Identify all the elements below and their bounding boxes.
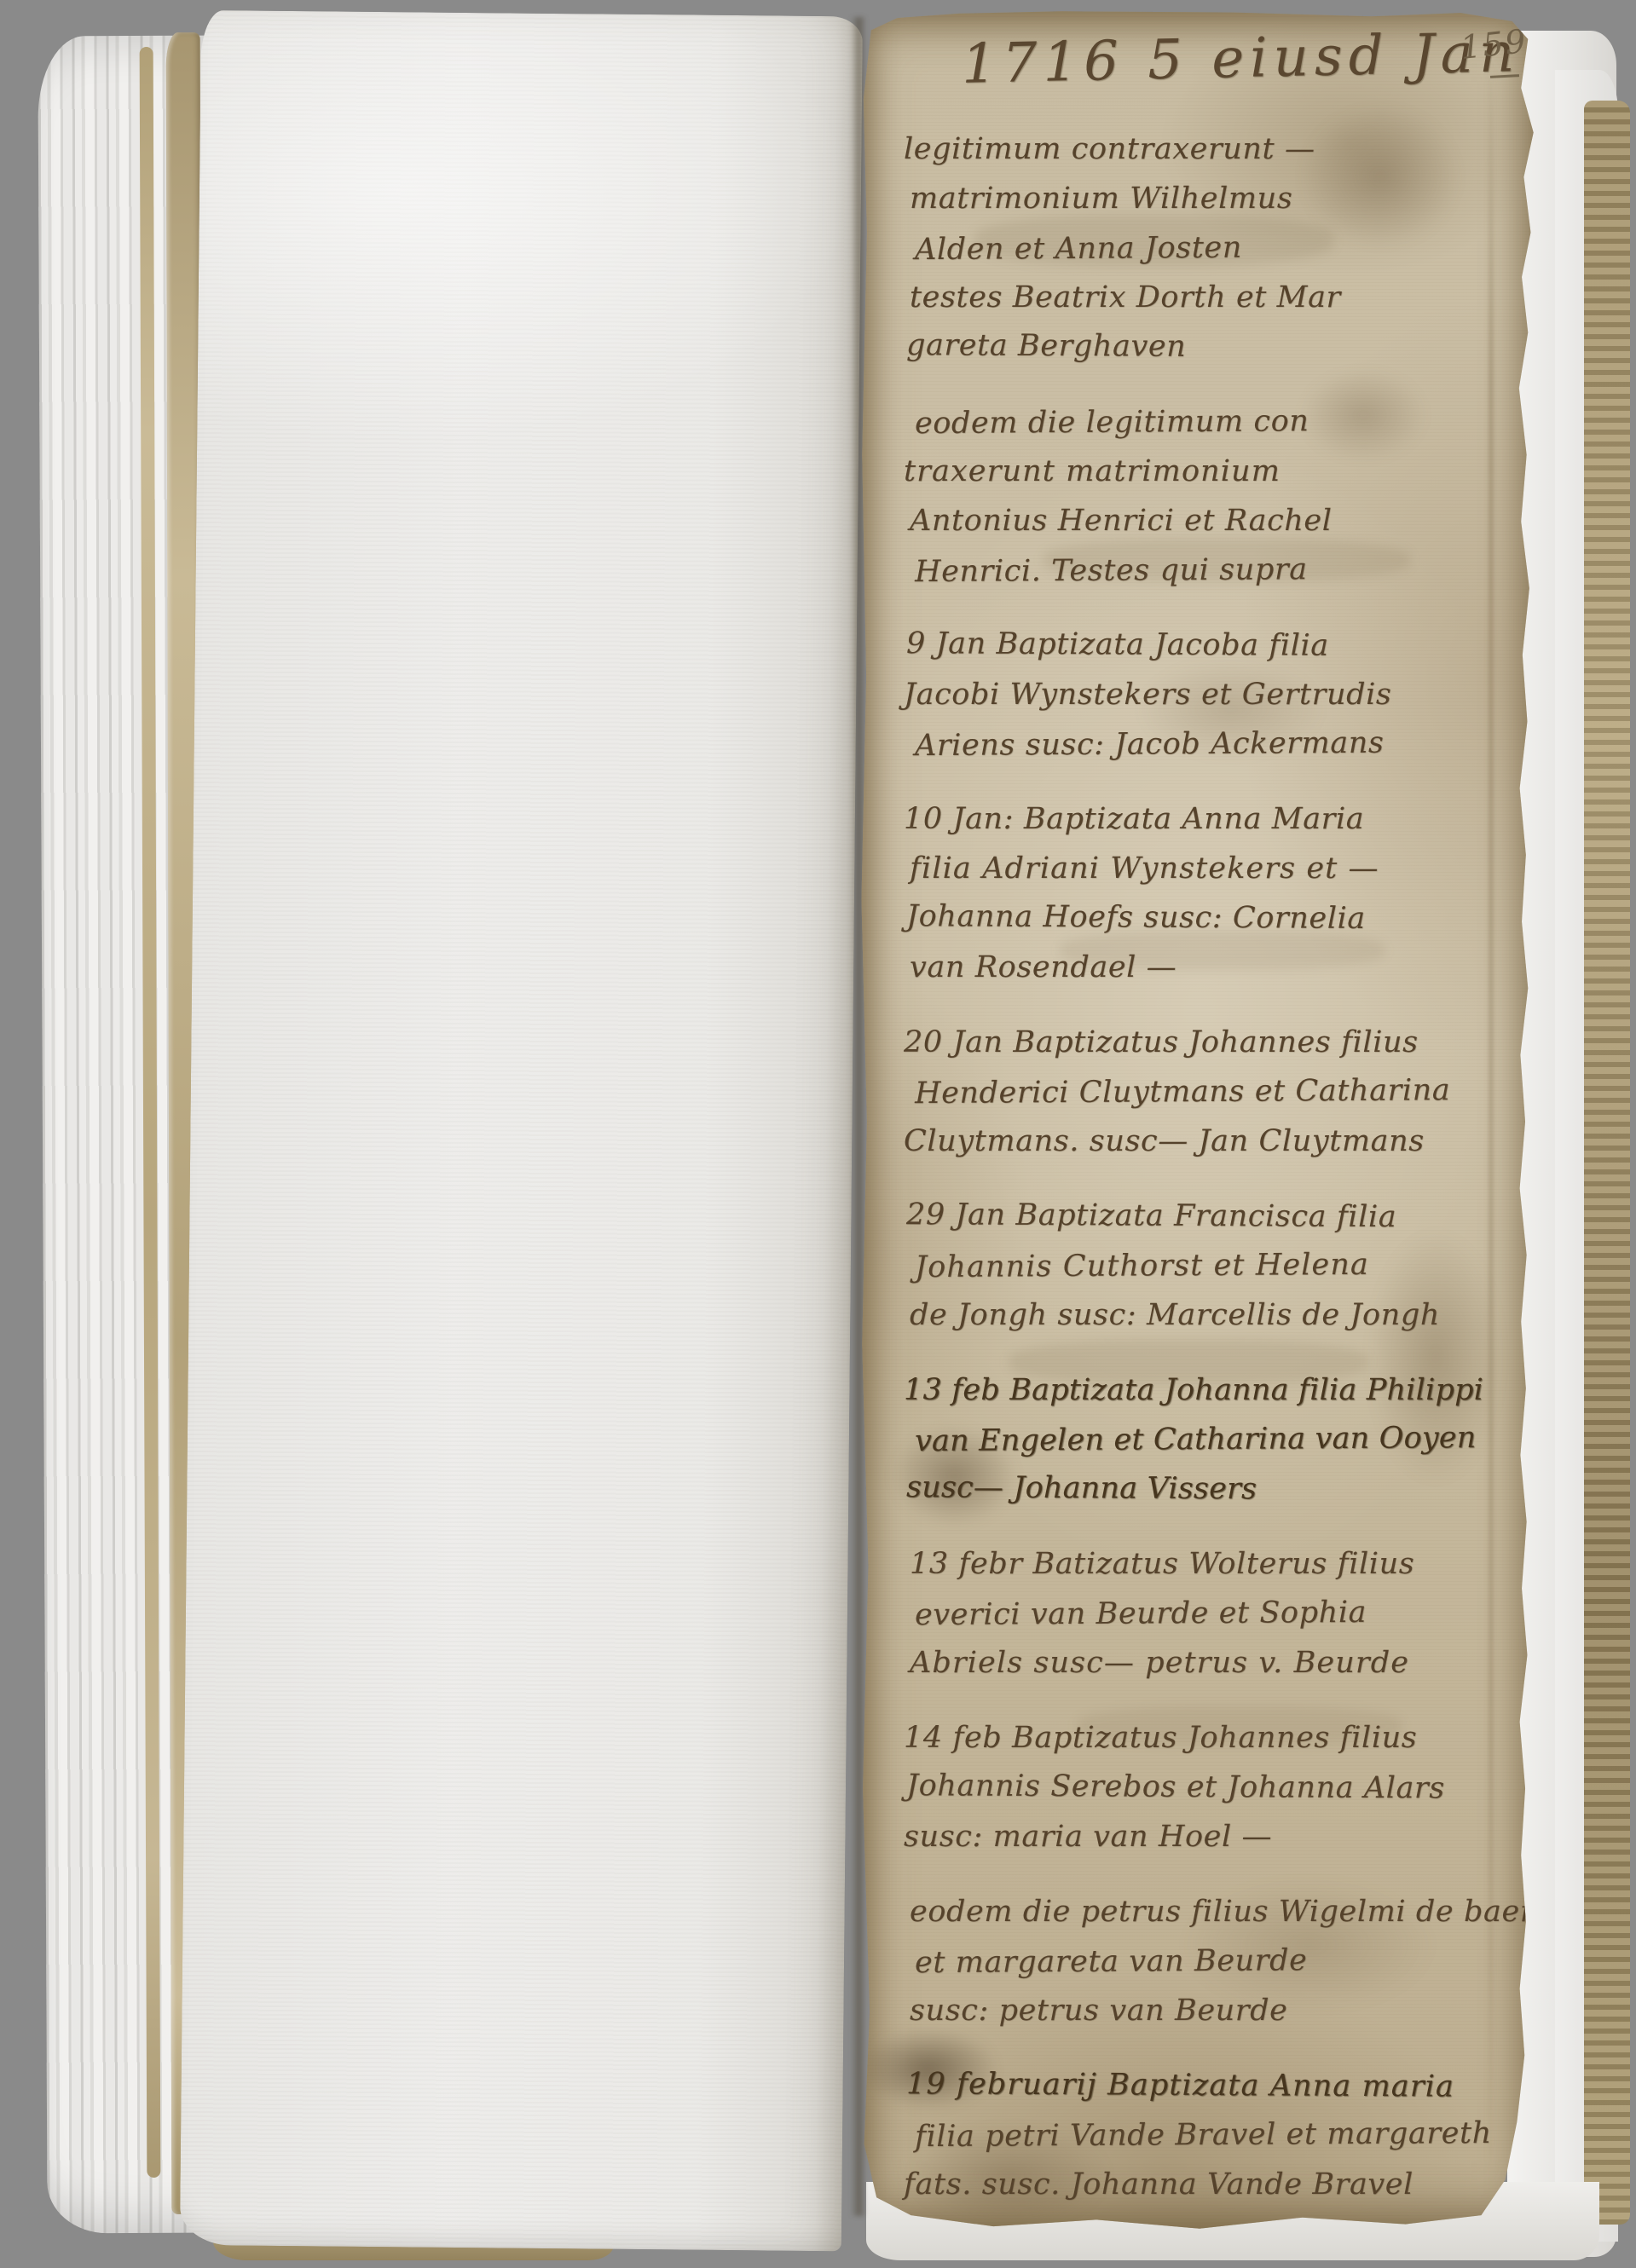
manuscript-line: matrimonium Wilhelmus xyxy=(910,174,1506,223)
manuscript-line: Johannis Serebos et Johanna Alars xyxy=(906,1761,1506,1814)
manuscript-line: 20 Jan Baptizatus Johannes filius xyxy=(904,1018,1506,1067)
manuscript-line: Alden et Anna Josten xyxy=(915,222,1506,274)
open-register-book-photo: 1716 5 eiusd Jan 159 legitimum contraxer… xyxy=(0,0,1636,2268)
book-gutter-shadow xyxy=(851,17,866,2216)
manuscript-line: gareta Berghaven xyxy=(906,320,1506,373)
manuscript-line: filia petri Vande Bravel et margareth xyxy=(915,2109,1506,2161)
manuscript-line: Henderici Cluytmans et Catharina xyxy=(915,1065,1506,1118)
manuscript-line: testes Beatrix Dorth et Mar xyxy=(910,273,1506,322)
manuscript-line: Johanna Hoefs susc: Cornelia xyxy=(906,892,1506,944)
manuscript-line: 13 febr Batizatus Wolterus filius xyxy=(910,1539,1506,1589)
manuscript-line: susc— Johanna Vissers xyxy=(906,1463,1506,1515)
manuscript-line: fats. susc. Johanna Vande Bravel xyxy=(904,2160,1506,2209)
page-number: 159 xyxy=(1459,22,1529,66)
manuscript-line: Ariens susc: Jacob Ackermans xyxy=(915,718,1506,770)
manuscript-line: legitimum contraxerunt — xyxy=(904,124,1506,174)
manuscript-line: 9 Jan Baptizata Jacoba filia xyxy=(906,619,1506,672)
manuscript-line: 13 feb Baptizata Johanna filia Philippi xyxy=(904,1365,1506,1415)
manuscript-line: 19 februarij Baptizata Anna maria xyxy=(906,2059,1506,2112)
manuscript-line: Johannis Cuthorst et Helena xyxy=(915,1239,1506,1292)
manuscript-line: eodem die petrus filius Wigelmi de baer xyxy=(910,1887,1506,1936)
manuscript-line: Jacobi Wynstekers et Gertrudis xyxy=(904,670,1506,719)
manuscript-text: legitimum contraxerunt —matrimonium Wilh… xyxy=(904,99,1506,2209)
manuscript-line: susc: maria van Hoel — xyxy=(904,1812,1506,1861)
manuscript-line: everici van Beurde et Sophia xyxy=(915,1587,1506,1640)
blank-left-page xyxy=(180,10,863,2251)
manuscript-line: Henrici. Testes qui supra xyxy=(915,544,1506,597)
old-leaf-edge-strip-right xyxy=(1584,101,1630,2225)
manuscript-line: et margareta van Beurde xyxy=(915,1935,1506,1988)
manuscript-line: 10 Jan: Baptizata Anna Maria xyxy=(904,794,1506,844)
manuscript-line: Cluytmans. susc— Jan Cluytmans xyxy=(904,1117,1506,1166)
page-header: 1716 5 eiusd Jan xyxy=(910,22,1507,107)
manuscript-line: susc: petrus van Beurde xyxy=(910,1986,1506,2035)
manuscript-line: eodem die legitimum con xyxy=(915,395,1506,448)
manuscript-line: 14 feb Baptizatus Johannes filius xyxy=(904,1713,1506,1763)
manuscript-line: Abriels susc— petrus v. Beurde xyxy=(910,1638,1506,1688)
manuscript-page: 1716 5 eiusd Jan 159 legitimum contraxer… xyxy=(856,10,1543,2233)
manuscript-line: traxerunt matrimonium xyxy=(904,447,1506,496)
manuscript-line: 29 Jan Baptizata Francisca filia xyxy=(906,1190,1506,1243)
manuscript-line: van Engelen et Catharina van Ooyen xyxy=(915,1413,1506,1466)
manuscript-line: Antonius Henrici et Rachel xyxy=(910,496,1506,545)
manuscript-line: de Jongh susc: Marcellis de Jongh xyxy=(910,1290,1506,1340)
manuscript-line: filia Adriani Wynstekers et — xyxy=(910,844,1506,893)
manuscript-line: van Rosendael — xyxy=(910,943,1506,992)
year-heading: 1716 5 eiusd Jan xyxy=(961,21,1520,96)
